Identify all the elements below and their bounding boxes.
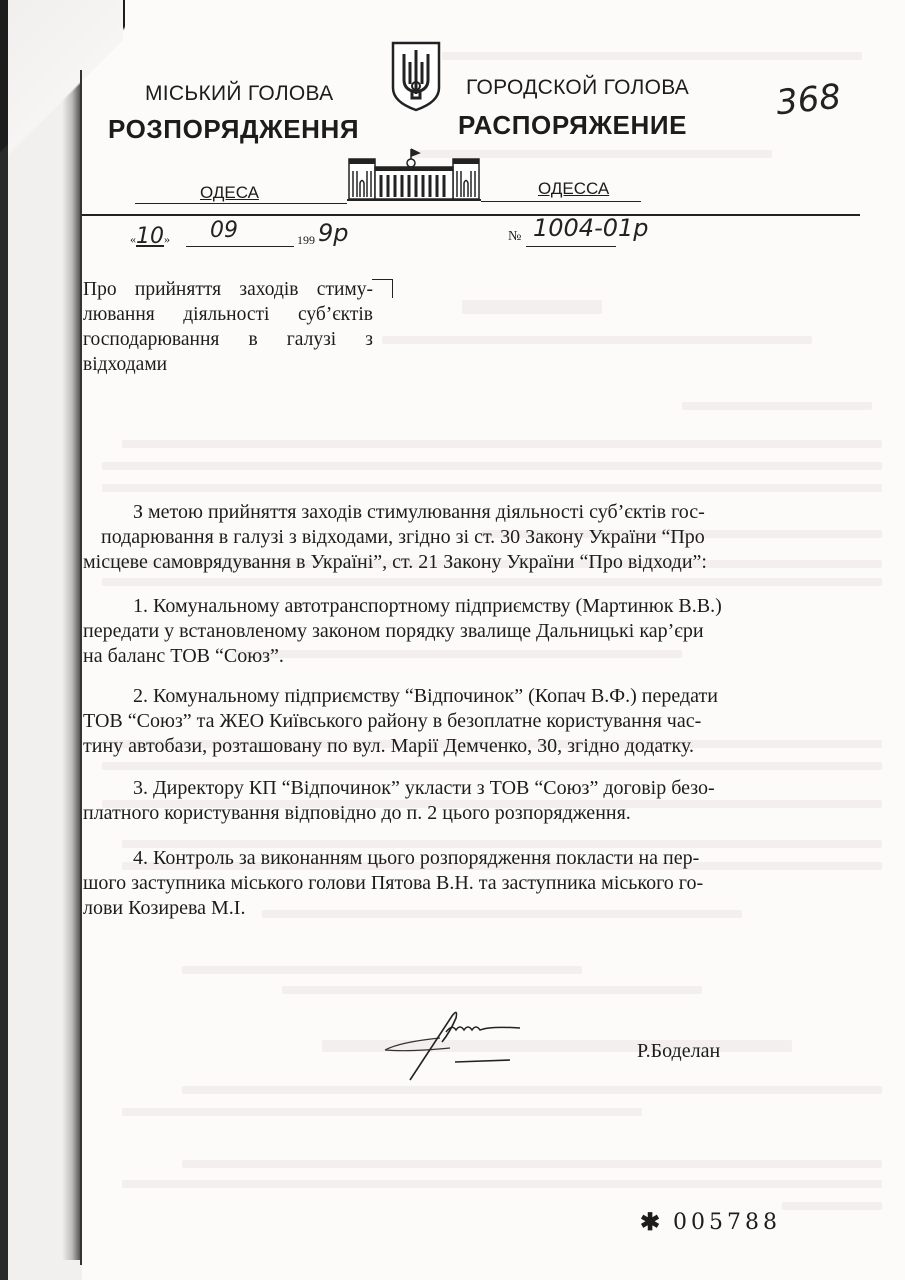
title-line: відходами [83, 352, 373, 377]
paragraph-line: лови Козирева М.І. [83, 896, 803, 921]
title-line: господарювання в галузі з [83, 327, 373, 352]
document-title: Про прийняття заходів стиму- лювання дія… [83, 277, 373, 377]
number-label: № [508, 229, 521, 245]
city-left: ОДЕСА [200, 183, 259, 203]
date-day: 10 [136, 224, 164, 249]
paragraph-line: передати у встановленому законом порядку… [83, 619, 803, 644]
order-item-4: 4. Контроль за виконанням цього розпоряд… [83, 846, 803, 921]
header-left-title: МІСЬКИЙ ГОЛОВА [145, 82, 333, 106]
preamble-paragraph: З метою прийняття заходів стимулювання д… [83, 500, 803, 575]
serial-number: 005788 [673, 1210, 781, 1235]
paragraph-line: подарювання в галузі з відходами, згідно… [83, 525, 803, 550]
signer-name: Р.Боделан [637, 1040, 720, 1063]
order-item-1: 1. Комунальному автотранспортному підпри… [83, 594, 803, 669]
date-month-underline [186, 246, 294, 247]
city-right: ОДЕССА [538, 179, 609, 199]
handwritten-signature-icon [380, 1002, 530, 1082]
paragraph-line: платного користування відповідно до п. 2… [83, 801, 803, 826]
order-number: 1004-01р [533, 214, 649, 242]
header-left-doc-type: РОЗПОРЯДЖЕННЯ [108, 114, 359, 145]
paragraph-line: 4. Контроль за виконанням цього розпоряд… [83, 846, 803, 871]
city-right-underline [481, 201, 641, 202]
date-year-suffix: 9р [318, 219, 349, 247]
header-separator [82, 214, 860, 216]
paragraph-line: 3. Директору КП “Відпочинок” укласти з Т… [83, 776, 803, 801]
title-line: Про прийняття заходів стиму- [83, 277, 373, 302]
paragraph-line: З метою прийняття заходів стимулювання д… [83, 500, 803, 525]
handwritten-page-number: 368 [774, 77, 843, 124]
page-left-edge [80, 70, 82, 1265]
paragraph-line: на баланс ТОВ “Союз”. [83, 644, 803, 669]
title-line: лювання діяльності суб’єктів [83, 302, 373, 327]
order-item-3: 3. Директору КП “Відпочинок” укласти з Т… [83, 776, 803, 826]
paragraph-line: 2. Комунальному підприємству “Відпочинок… [83, 684, 803, 709]
date-year-prefix: 199 [297, 233, 315, 248]
paragraph-line: 1. Комунальному автотранспортному підпри… [83, 594, 803, 619]
city-hall-building-icon [347, 147, 481, 201]
city-left-underline [135, 203, 347, 204]
serial-star-icon: ✱ [640, 1208, 660, 1237]
date-month: 09 [210, 218, 238, 243]
folded-corner [8, 0, 123, 205]
order-number-underline [526, 246, 616, 247]
paragraph-line: тину автобази, розташовану по вул. Марії… [83, 734, 803, 759]
paragraph-line: ТОВ “Союз” та ЖЕО Київського району в бе… [83, 709, 803, 734]
paragraph-line: шого заступника міського голови Пятова В… [83, 871, 803, 896]
header-right-doc-type: РАСПОРЯЖЕНИЕ [458, 110, 687, 141]
order-item-2: 2. Комунальному підприємству “Відпочинок… [83, 684, 803, 759]
header-right-title: ГОРОДСКОЙ ГОЛОВА [466, 76, 689, 100]
paragraph-line: місцеве самоврядування в Україні”, ст. 2… [83, 550, 803, 575]
trident-coat-of-arms-icon [390, 40, 442, 112]
title-corner-bracket [372, 279, 393, 298]
date-field: «10» [130, 224, 170, 249]
page-edge-shadow [62, 60, 82, 1260]
